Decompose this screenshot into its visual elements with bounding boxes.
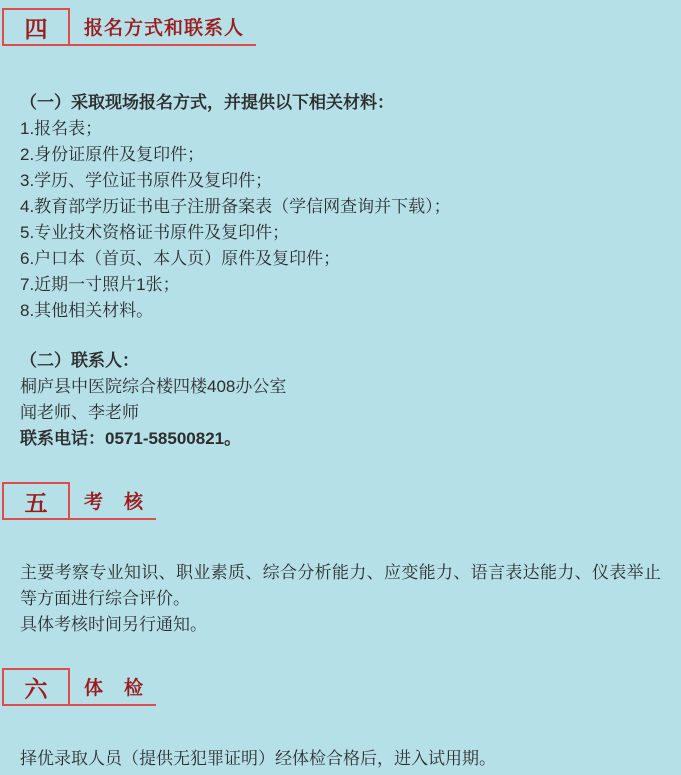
assessment-time-note: 具体考核时间另行通知。: [20, 612, 661, 638]
section-5-body: 主要考察专业知识、职业素质、综合分析能力、应变能力、语言表达能力、仪表举止等方面…: [0, 560, 681, 638]
section-6-header: 六 体 检: [2, 668, 156, 706]
spacer: [20, 324, 661, 348]
material-item-5: 5.专业技术资格证书原件及复印件；: [20, 220, 661, 246]
section-4-title: 报名方式和联系人: [70, 8, 256, 44]
material-item-1: 1.报名表；: [20, 116, 661, 142]
section-5-title: 考 核: [70, 482, 156, 518]
section-6-number: 六: [2, 668, 70, 704]
page-root: 四 报名方式和联系人 （一）采取现场报名方式，并提供以下相关材料： 1.报名表；…: [0, 8, 681, 772]
physical-exam-paragraph: 择优录取人员（提供无犯罪证明）经体检合格后，进入试用期。: [20, 746, 661, 772]
section-4-header: 四 报名方式和联系人: [2, 8, 256, 46]
material-item-7: 7.近期一寸照片1张；: [20, 272, 661, 298]
material-item-3: 3.学历、学位证书原件及复印件；: [20, 168, 661, 194]
material-item-4: 4.教育部学历证书电子注册备案表（学信网查询并下载）；: [20, 194, 661, 220]
contact-heading: （二）联系人：: [20, 348, 661, 374]
assessment-paragraph: 主要考察专业知识、职业素质、综合分析能力、应变能力、语言表达能力、仪表举止等方面…: [20, 560, 661, 612]
section-4-number: 四: [2, 8, 70, 44]
materials-intro: （一）采取现场报名方式，并提供以下相关材料：: [20, 90, 661, 116]
material-item-2: 2.身份证原件及复印件；: [20, 142, 661, 168]
contact-phone: 联系电话：0571-58500821。: [20, 426, 661, 452]
section-6-title: 体 检: [70, 668, 156, 704]
contact-address: 桐庐县中医院综合楼四楼408办公室: [20, 374, 661, 400]
material-item-6: 6.户口本（首页、本人页）原件及复印件；: [20, 246, 661, 272]
contact-names: 闻老师、李老师: [20, 400, 661, 426]
section-5-header: 五 考 核: [2, 482, 156, 520]
section-4-body: （一）采取现场报名方式，并提供以下相关材料： 1.报名表； 2.身份证原件及复印…: [0, 90, 681, 452]
material-item-8: 8.其他相关材料。: [20, 298, 661, 324]
section-5-number: 五: [2, 482, 70, 518]
section-6-body: 择优录取人员（提供无犯罪证明）经体检合格后，进入试用期。: [0, 746, 681, 772]
